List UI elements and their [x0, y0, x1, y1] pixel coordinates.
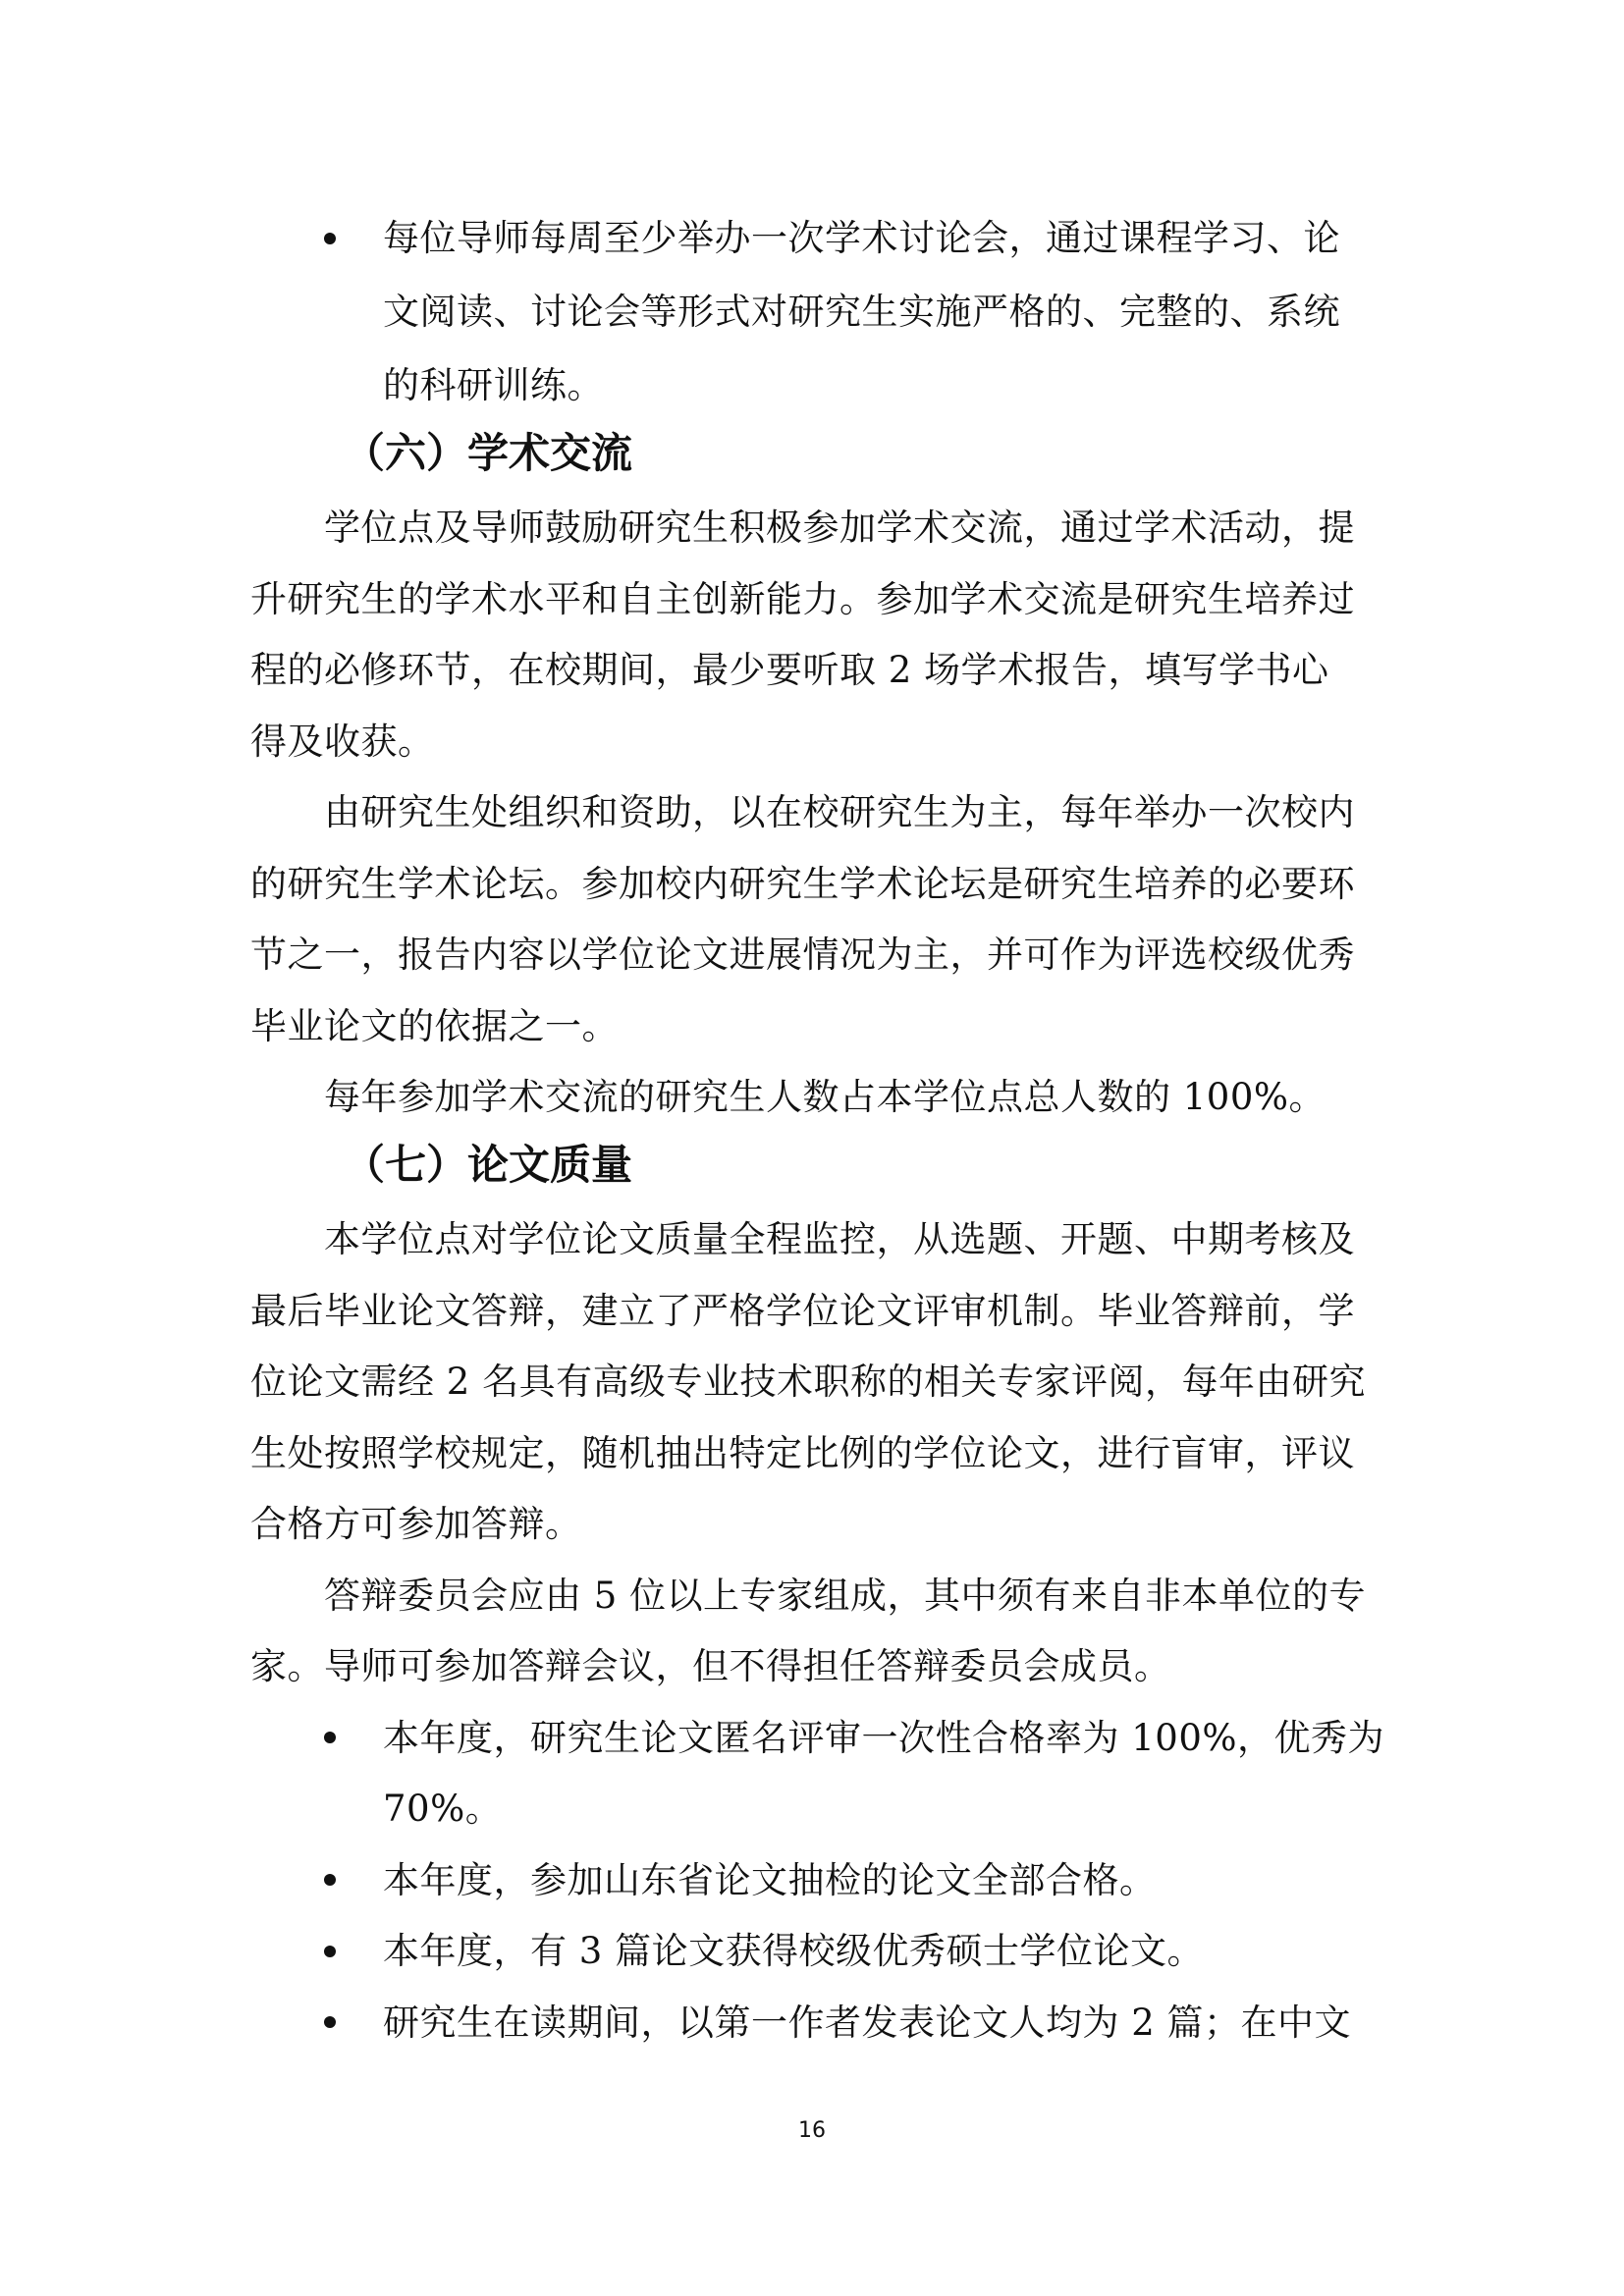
paragraph-line: 每年参加学术交流的研究生人数占本学位点总人数的 100%。	[324, 1075, 1326, 1120]
document-page: 每位导师每周至少举办一次学术讨论会，通过课程学习、论 文阅读、讨论会等形式对研究…	[0, 0, 1624, 2296]
bullet-line: 本年度，有 3 篇论文获得校级优秀硕士学位论文。	[383, 1929, 1204, 1974]
bullet-icon	[324, 1732, 336, 1743]
paragraph-line: 本学位点对学位论文质量全程监控，从选题、开题、中期考核及	[324, 1217, 1355, 1262]
paragraph-line: 最后毕业论文答辩，建立了严格学位论文评审机制。毕业答辩前，学	[250, 1289, 1355, 1334]
bullet-line: 70%。	[383, 1787, 502, 1832]
bullet-line: 的科研训练。	[383, 363, 604, 408]
paragraph-line: 学位点及导师鼓励研究生积极参加学术交流，通过学术活动，提	[324, 506, 1355, 551]
bullet-line: 每位导师每周至少举办一次学术讨论会，通过课程学习、论	[383, 216, 1340, 261]
paragraph-line: 的研究生学术论坛。参加校内研究生学术论坛是研究生培养的必要环	[250, 862, 1355, 907]
bullet-line: 研究生在读期间，以第一作者发表论文人均为 2 篇；在中文	[383, 2001, 1351, 2046]
paragraph-line: 答辩委员会应由 5 位以上专家组成，其中须有来自非本单位的专	[324, 1574, 1366, 1619]
paragraph-line: 程的必修环节，在校期间，最少要听取 2 场学术报告，填写学书心	[250, 648, 1329, 693]
bullet-icon	[324, 2016, 336, 2028]
section-heading-academic-exchange: （六）学术交流	[344, 429, 632, 478]
section-heading-thesis-quality: （七）论文质量	[344, 1141, 632, 1190]
bullet-icon	[324, 233, 336, 244]
page-number: 16	[0, 2118, 1624, 2144]
paragraph-line: 位论文需经 2 名具有高级专业技术职称的相关专家评阅，每年由研究	[250, 1360, 1366, 1405]
paragraph-line: 合格方可参加答辩。	[250, 1502, 582, 1547]
paragraph-line: 升研究生的学术水平和自主创新能力。参加学术交流是研究生培养过	[250, 577, 1355, 622]
paragraph-line: 节之一，报告内容以学位论文进展情况为主，并可作为评选校级优秀	[250, 933, 1355, 978]
bullet-line: 本年度，研究生论文匿名评审一次性合格率为 100%，优秀为	[383, 1716, 1384, 1761]
bullet-icon	[324, 1874, 336, 1886]
bullet-icon	[324, 1946, 336, 1957]
paragraph-line: 由研究生处组织和资助，以在校研究生为主，每年举办一次校内	[324, 790, 1355, 835]
bullet-line: 文阅读、讨论会等形式对研究生实施严格的、完整的、系统	[383, 290, 1340, 335]
paragraph-line: 生处按照学校规定，随机抽出特定比例的学位论文，进行盲审，评议	[250, 1431, 1355, 1476]
paragraph-line: 得及收获。	[250, 720, 435, 765]
bullet-line: 本年度，参加山东省论文抽检的论文全部合格。	[383, 1858, 1157, 1903]
paragraph-line: 家。导师可参加答辩会议，但不得担任答辩委员会成员。	[250, 1644, 1171, 1689]
paragraph-line: 毕业论文的依据之一。	[250, 1004, 619, 1049]
